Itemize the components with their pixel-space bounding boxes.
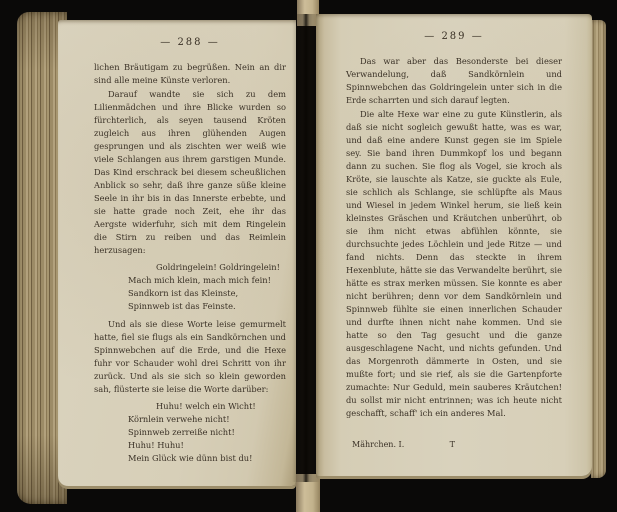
paragraph: Und als sie diese Worte leise gemurmelt …	[94, 318, 286, 396]
photo-background: — 288 — lichen Bräutigam zu begrüßen. Ne…	[0, 0, 617, 512]
paragraph: Darauf wandte sie sich zu dem Lilienmädc…	[94, 88, 286, 257]
verse-line: Körnlein verwehe nicht!	[128, 413, 286, 426]
page-number-right: — 289 —	[346, 30, 562, 43]
verse-line: Goldringelein! Goldringelein!	[156, 261, 286, 274]
left-page: — 288 — lichen Bräutigam zu begrüßen. Ne…	[58, 20, 296, 486]
signature-mark: T	[450, 438, 455, 451]
holding-stick-bottom	[296, 474, 320, 512]
verse: Goldringelein! Goldringelein! Mach mich …	[128, 261, 286, 313]
verse-line: Spinnweb ist das Feinste.	[128, 300, 286, 313]
verse-line: Huhu! Huhu!	[128, 439, 286, 452]
page-edges-right	[591, 20, 606, 478]
verse-line: Huhu! welch ein Wicht!	[156, 400, 286, 413]
paragraph: Die alte Hexe war eine zu gute Künstleri…	[346, 108, 562, 420]
verse-line: Spinnweb zerreiße nicht!	[128, 426, 286, 439]
verse-line: Sandkorn ist das Kleinste,	[128, 287, 286, 300]
paragraph: Das war aber das Besonderste bei dieser …	[346, 55, 562, 107]
verse-line: Mach mich klein, mach mich fein!	[128, 274, 286, 287]
verse-line: Mein Glück wie dünn bist du!	[128, 452, 286, 465]
right-page: — 289 — Das war aber das Besonderste bei…	[316, 14, 592, 476]
running-title: Mährchen. I.	[352, 438, 404, 451]
verse: Huhu! welch ein Wicht! Körnlein verwehe …	[128, 400, 286, 465]
page-number-left: — 288 —	[94, 36, 286, 49]
paragraph: lichen Bräutigam zu begrüßen. Nein an di…	[94, 61, 286, 87]
